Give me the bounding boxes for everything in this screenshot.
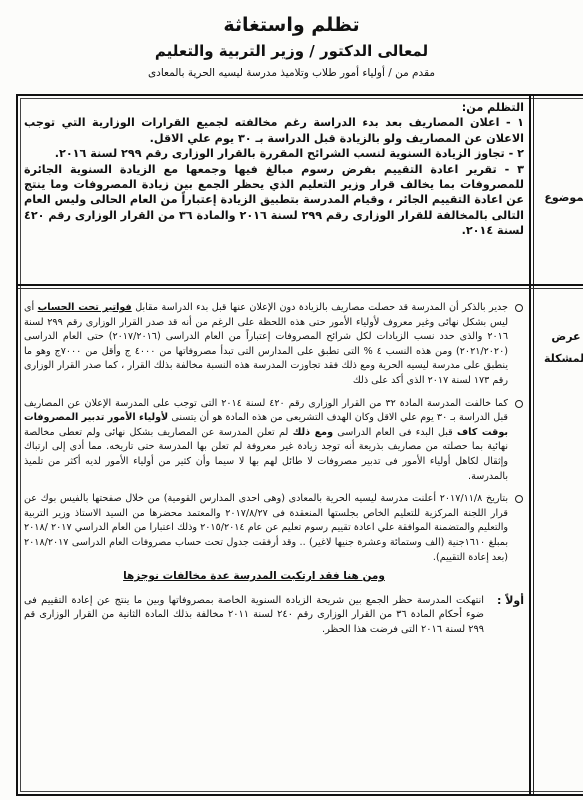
problem-bullet-2: كما خالفت المدرسة المادة ٣٢ من القرار ال… xyxy=(24,397,524,485)
circle-bullet-icon xyxy=(515,400,523,408)
row-divider xyxy=(18,284,583,286)
bullet-emphasis: فواتير تحت الحساب xyxy=(38,302,132,313)
item-text: اعلان المصاريف بعد بدء الدراسة رغم مخالف… xyxy=(24,116,524,144)
first-violation-text: انتهكت المدرسة حظر الجمع بين شريحة الزيا… xyxy=(24,595,484,635)
document-title: تظلم واستغاثة xyxy=(0,14,583,36)
problem-cell: جدير بالذكر أن المدرسة قد حصلت مصاريف با… xyxy=(24,301,524,637)
problem-bullet-3: بتاريخ ٢٠١٧/١١/٨ أعلنت مدرسة ليسيه الحري… xyxy=(24,492,524,565)
problem-bullet-1: جدير بالذكر أن المدرسة قد حصلت مصاريف با… xyxy=(24,301,524,389)
subject-item-2: ٢ - تجاوز الزيادة السنوية لنسب الشرائح ا… xyxy=(24,146,524,161)
column-divider-inner xyxy=(533,96,534,794)
subject-item-3: ٣ - تقرير اعادة التقييم بفرض رسوم مبالغ … xyxy=(24,162,524,239)
item-text: تقرير اعادة التقييم بفرض رسوم مبالغ فيها… xyxy=(24,163,524,238)
bullet-text: جدير بالذكر أن المدرسة قد حصلت مصاريف با… xyxy=(135,302,508,313)
item-text: تجاوز الزيادة السنوية لنسب الشرائح المقر… xyxy=(55,147,505,160)
item-number: ١ - xyxy=(506,116,524,129)
item-number: ٢ - xyxy=(509,147,524,160)
bullet-text: أى ليس بشكل نهائى وغير معروف لأولياء الأ… xyxy=(24,302,508,386)
first-violation: أولاً : انتهكت المدرسة حظر الجمع بين شري… xyxy=(24,594,524,638)
addressee-line: لمعالى الدكتور / وزير التربية والتعليم xyxy=(0,42,583,60)
circle-bullet-icon xyxy=(515,304,523,312)
first-violation-label: أولاً : xyxy=(497,594,524,609)
violations-summary-heading: ومن هنا فقد ارتكبت المدرسة عدة مخالفات ن… xyxy=(24,569,524,584)
subject-cell: التظلم من: ١ - اعلان المصاريف بعد بدء ال… xyxy=(24,100,524,239)
bullet-emphasis: ومع ذلك xyxy=(293,427,333,438)
subject-item-1: ١ - اعلان المصاريف بعد بدء الدراسة رغم م… xyxy=(24,115,524,146)
complaint-table: الموضوع التظلم من: ١ - اعلان المصاريف بع… xyxy=(16,94,583,796)
submitted-by-line: مقدم من / أولياء أمور طلاب وتلاميذ مدرسة… xyxy=(0,67,583,79)
problem-label: عرض المشكلة xyxy=(538,326,583,370)
circle-bullet-icon xyxy=(515,495,523,503)
subject-label: الموضوع xyxy=(538,191,583,204)
bullet-text: بتاريخ ٢٠١٧/١١/٨ أعلنت مدرسة ليسيه الحري… xyxy=(24,493,508,562)
problem-label-line2: المشكلة xyxy=(538,348,583,370)
subject-heading: التظلم من: xyxy=(24,100,524,115)
bullet-text: قبل البدء فى العام الدراسى xyxy=(337,427,452,438)
row-divider-inner xyxy=(18,288,583,289)
column-divider xyxy=(529,96,531,794)
problem-label-line1: عرض xyxy=(538,326,583,348)
item-number: ٣ - xyxy=(505,163,524,176)
